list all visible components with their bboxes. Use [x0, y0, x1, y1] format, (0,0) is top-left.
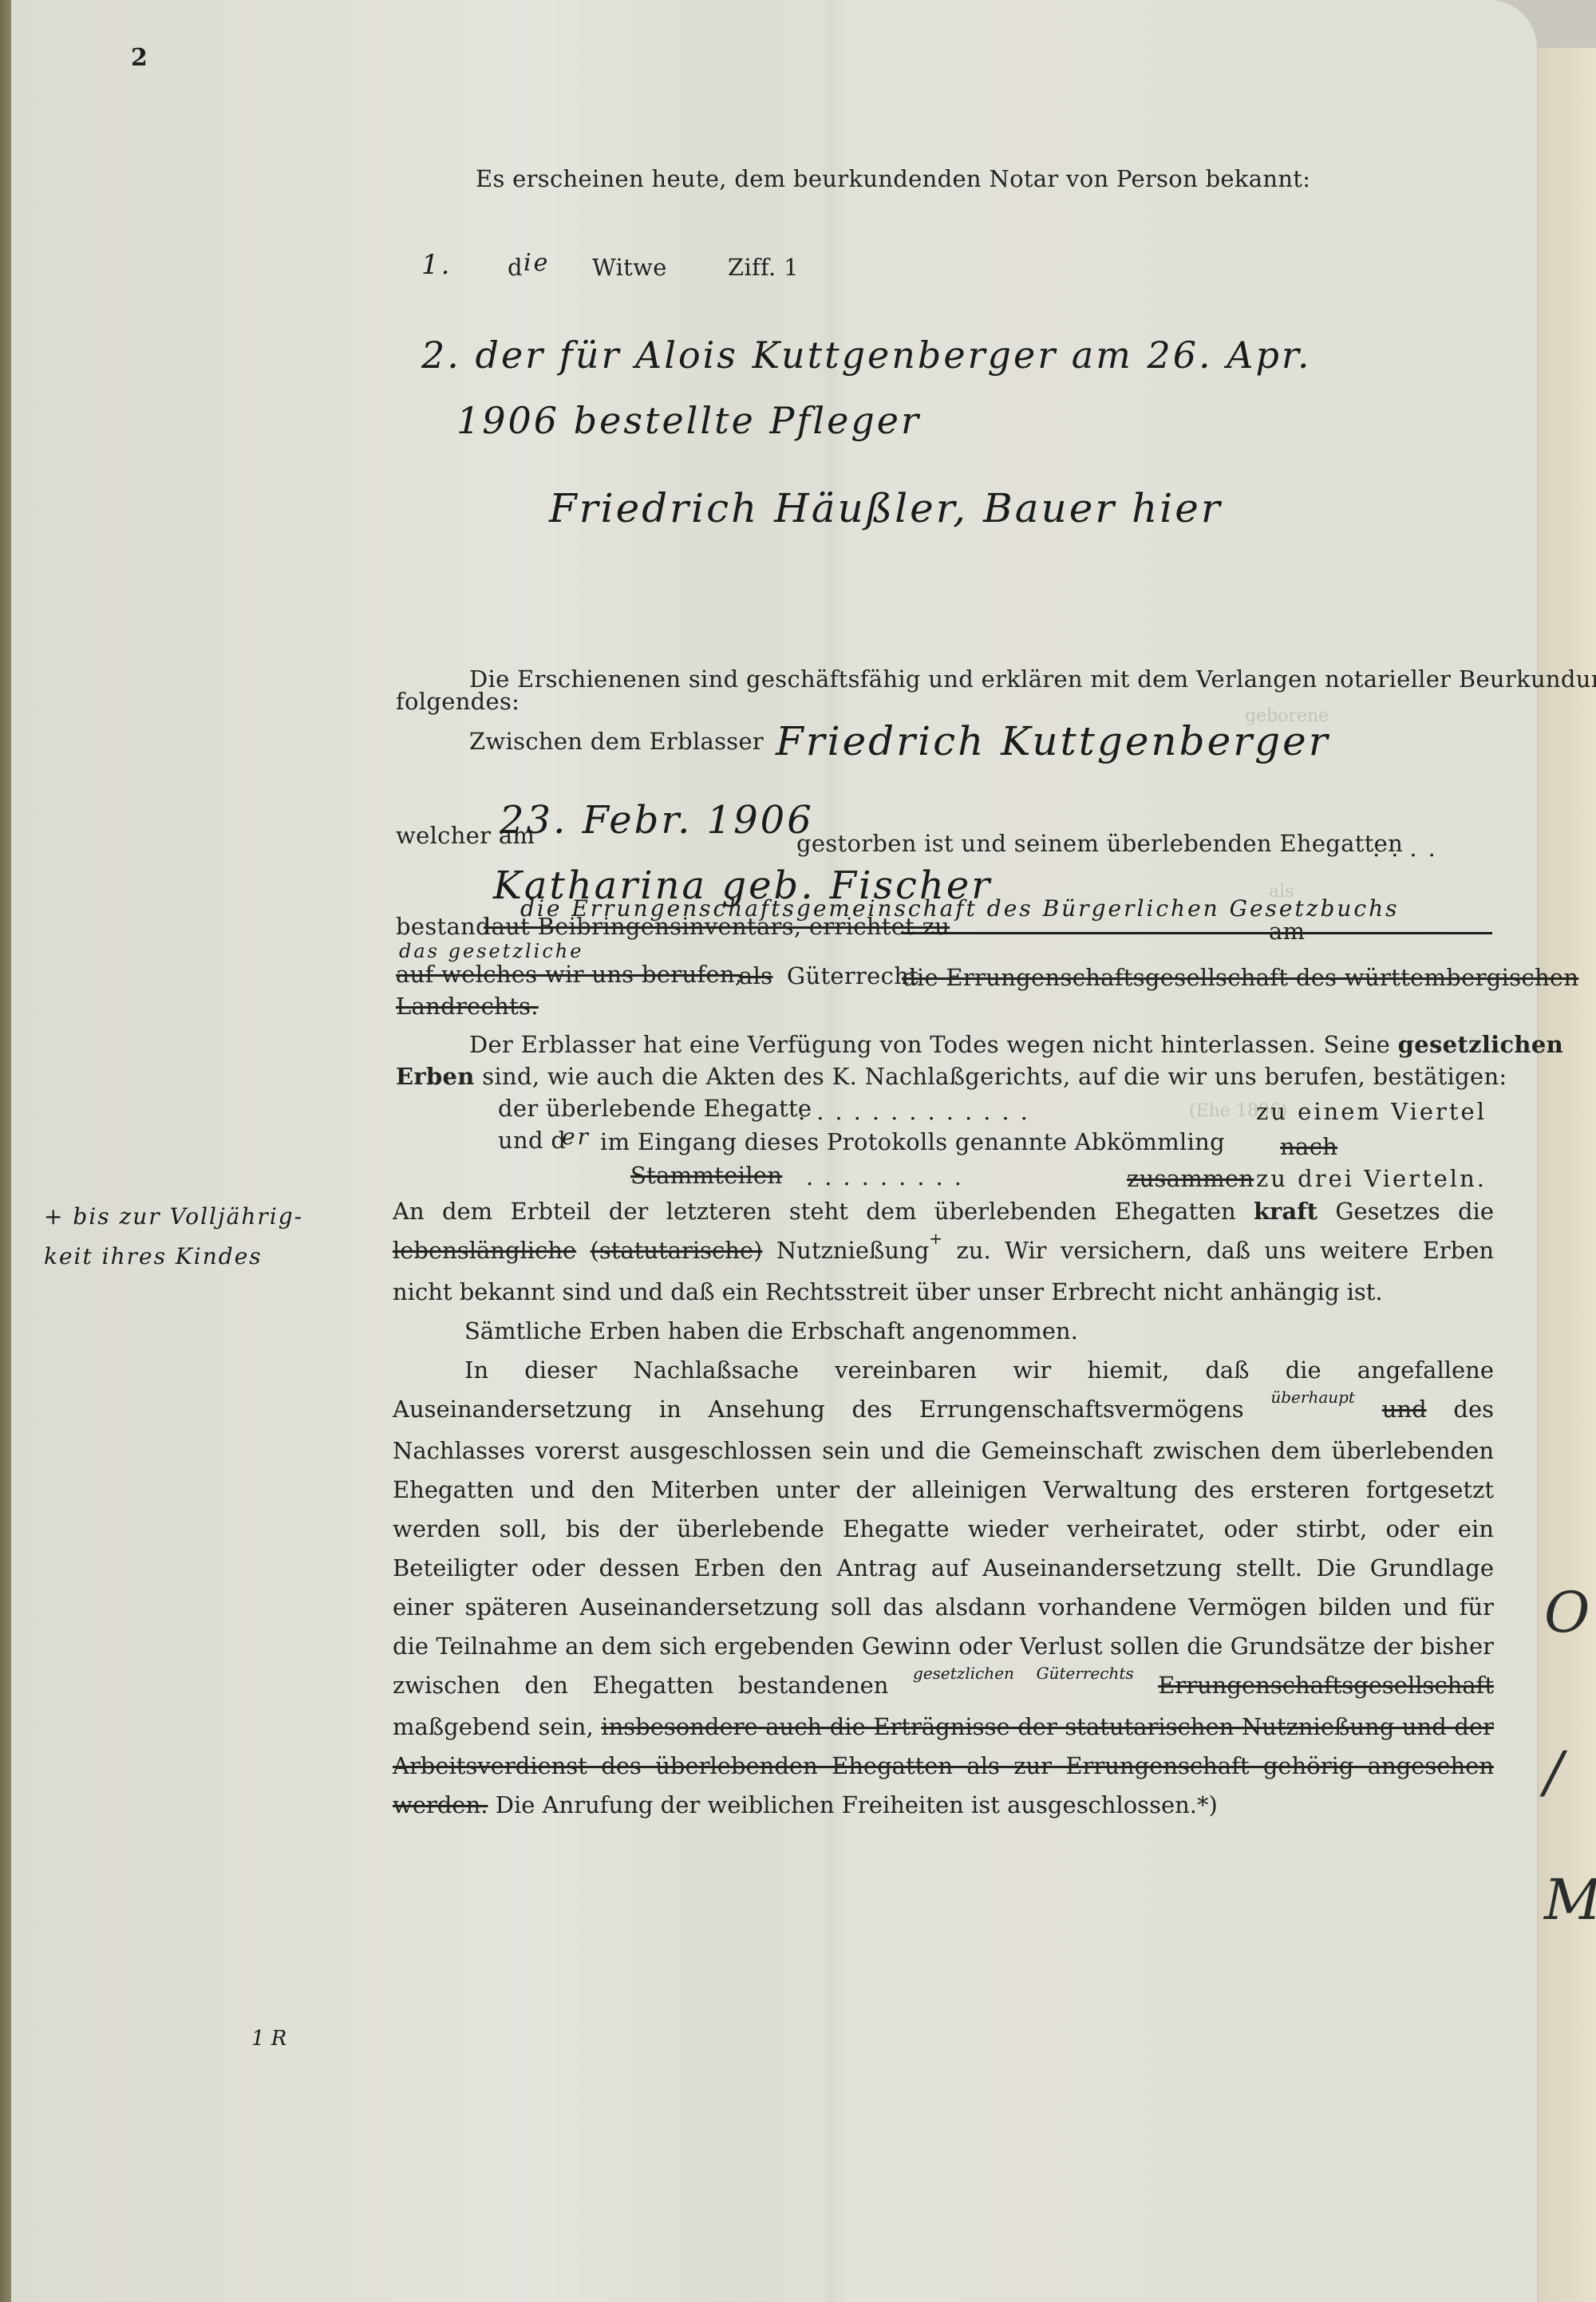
aufwelches-struck: auf welches wir uns berufen, [396, 961, 742, 988]
heirs-bold-erben: Erben [396, 1063, 475, 1090]
am-label: am [1269, 918, 1305, 945]
margin-note-hand: + bis zur Volljährig- keit ihres Kindes [44, 1197, 303, 1277]
book-binding [0, 0, 11, 2302]
adjacent-page-handwriting: M [1544, 1867, 1596, 1933]
adjacent-page-handwriting: O [1544, 1580, 1590, 1645]
strike-line [902, 932, 1492, 934]
heirs-line1: Der Erblasser hat eine Verfügung von Tod… [469, 1031, 1563, 1058]
gesetzliches-insert-hand: gesetzlichen Güterrechts [913, 1664, 1134, 1683]
death-date-hand: 23. Febr. 1906 [500, 798, 814, 843]
item2-hand-line1: 2. der für Alois Kuttgenberger am 26. Ap… [421, 334, 1311, 377]
item1-article-hand: ie [523, 249, 550, 277]
heirs-bold-gesetzlichen: gesetzlichen [1398, 1031, 1563, 1058]
margin-note-line2: keit ihres Kindes [44, 1237, 303, 1277]
descendant-prefix: und d [498, 1127, 566, 1154]
declaration-line2: folgendes: [396, 688, 519, 715]
usufruct-kraft: kraft [1254, 1198, 1317, 1225]
errungenschaft-struck: die Errungenschaftsgesellschaft des würt… [902, 964, 1578, 991]
heirs-line2: Erben sind, wie auch die Akten des K. Na… [396, 1063, 1507, 1090]
declaration-line1: Die Erschienenen sind geschäftsfähig und… [469, 665, 1596, 693]
erblasser-label: Zwischen dem Erblasser [469, 728, 764, 755]
spouse-share: zu einem Viertel [1256, 1098, 1487, 1125]
item2-hand-line3: Friedrich Häußler, Bauer hier [549, 485, 1223, 531]
leader-dots: .... [1373, 835, 1447, 862]
item1-ref: Ziff. 1 [728, 254, 799, 281]
item1-label: Witwe [592, 254, 667, 281]
gesetzlich-insert-hand: das gesetzliche [399, 940, 583, 962]
item2-hand-line2: 1906 bestellte Pfleger [456, 399, 921, 442]
heirs-line1-text: Der Erblasser hat eine Verfügung von Tod… [469, 1031, 1390, 1058]
gueterrecht-label: Güterrecht [787, 962, 918, 989]
item1-number: 1. [421, 249, 452, 281]
usufruct-paragraph: An dem Erbteil der letzteren steht dem ü… [393, 1192, 1494, 1312]
spouse-heir-label: der überlebende Ehegatte [498, 1095, 812, 1122]
main-body-text: An dem Erbteil der letzteren steht dem ü… [393, 1192, 1494, 1825]
item1-article-prefix: d [508, 254, 523, 281]
landrechts-struck: Landrechts. [396, 993, 539, 1020]
margin-note-line1: + bis zur Volljährig- [44, 1197, 303, 1237]
adjacent-page-handwriting: / [1544, 1739, 1563, 1805]
descendant-share: zu drei Vierteln. [1256, 1165, 1487, 1192]
bottom-mark-hand: 1 R [251, 2027, 286, 2051]
descendant-hand: er [562, 1123, 591, 1150]
adjacent-page-edge [1537, 48, 1596, 2302]
statutarische-struck: (statutarische) [591, 1237, 763, 1264]
stammteilen-struck: Stammteilen [630, 1162, 782, 1189]
usufruct-text-b: Gesetzes die [1335, 1198, 1494, 1225]
bestand-struck-text: laut Beibringensinventars, errichtet zu [484, 913, 950, 940]
acceptance-paragraph: Sämtliche Erben haben die Erbschaft ange… [393, 1312, 1494, 1351]
agreement-text-b: des Nachlasses vorerst ausgeschlossen se… [393, 1396, 1494, 1699]
insertion-mark: + [929, 1229, 942, 1248]
died-suffix: gestorben ist und seinem überlebenden Eh… [796, 830, 1403, 857]
agreement-text-c: maßgebend sein, [393, 1713, 594, 1740]
agreement-text-d: Die Anrufung der weiblichen Freiheiten i… [496, 1791, 1218, 1818]
agreement-paragraph: In dieser Nachlaßsache vereinbaren wir h… [393, 1351, 1494, 1825]
erblasser-name-hand: Friedrich Kuttgenberger [776, 718, 1330, 764]
zusammen-struck: zusammen [1127, 1165, 1254, 1192]
leader-dots: ......... [806, 1163, 973, 1190]
page-number: 2 [131, 44, 148, 72]
errungenschaftsgesellschaft-struck: Errungenschaftsgesellschaft [1158, 1672, 1494, 1699]
descendant-label: im Eingang dieses Protokolls genannte Ab… [600, 1128, 1225, 1155]
ueberhaupt-insert-hand: überhaupt [1270, 1388, 1355, 1407]
lebenslaenglich-struck: lebenslängliche [393, 1237, 576, 1264]
nach-struck: nach [1280, 1133, 1337, 1160]
usufruct-text-a: An dem Erbteil der letzteren steht dem ü… [393, 1198, 1236, 1225]
und-struck: und [1382, 1396, 1427, 1423]
intro-heading: Es erscheinen heute, dem beurkundenden N… [476, 165, 1310, 192]
usufruct-nutzniessung: Nutznießung [776, 1237, 929, 1264]
bestand-label: bestand [396, 913, 491, 940]
als-struck: als [739, 962, 772, 989]
heirs-line2-text: sind, wie auch die Akten des K. Nachlaßg… [482, 1063, 1507, 1090]
leader-dots: ............. [798, 1098, 1039, 1125]
